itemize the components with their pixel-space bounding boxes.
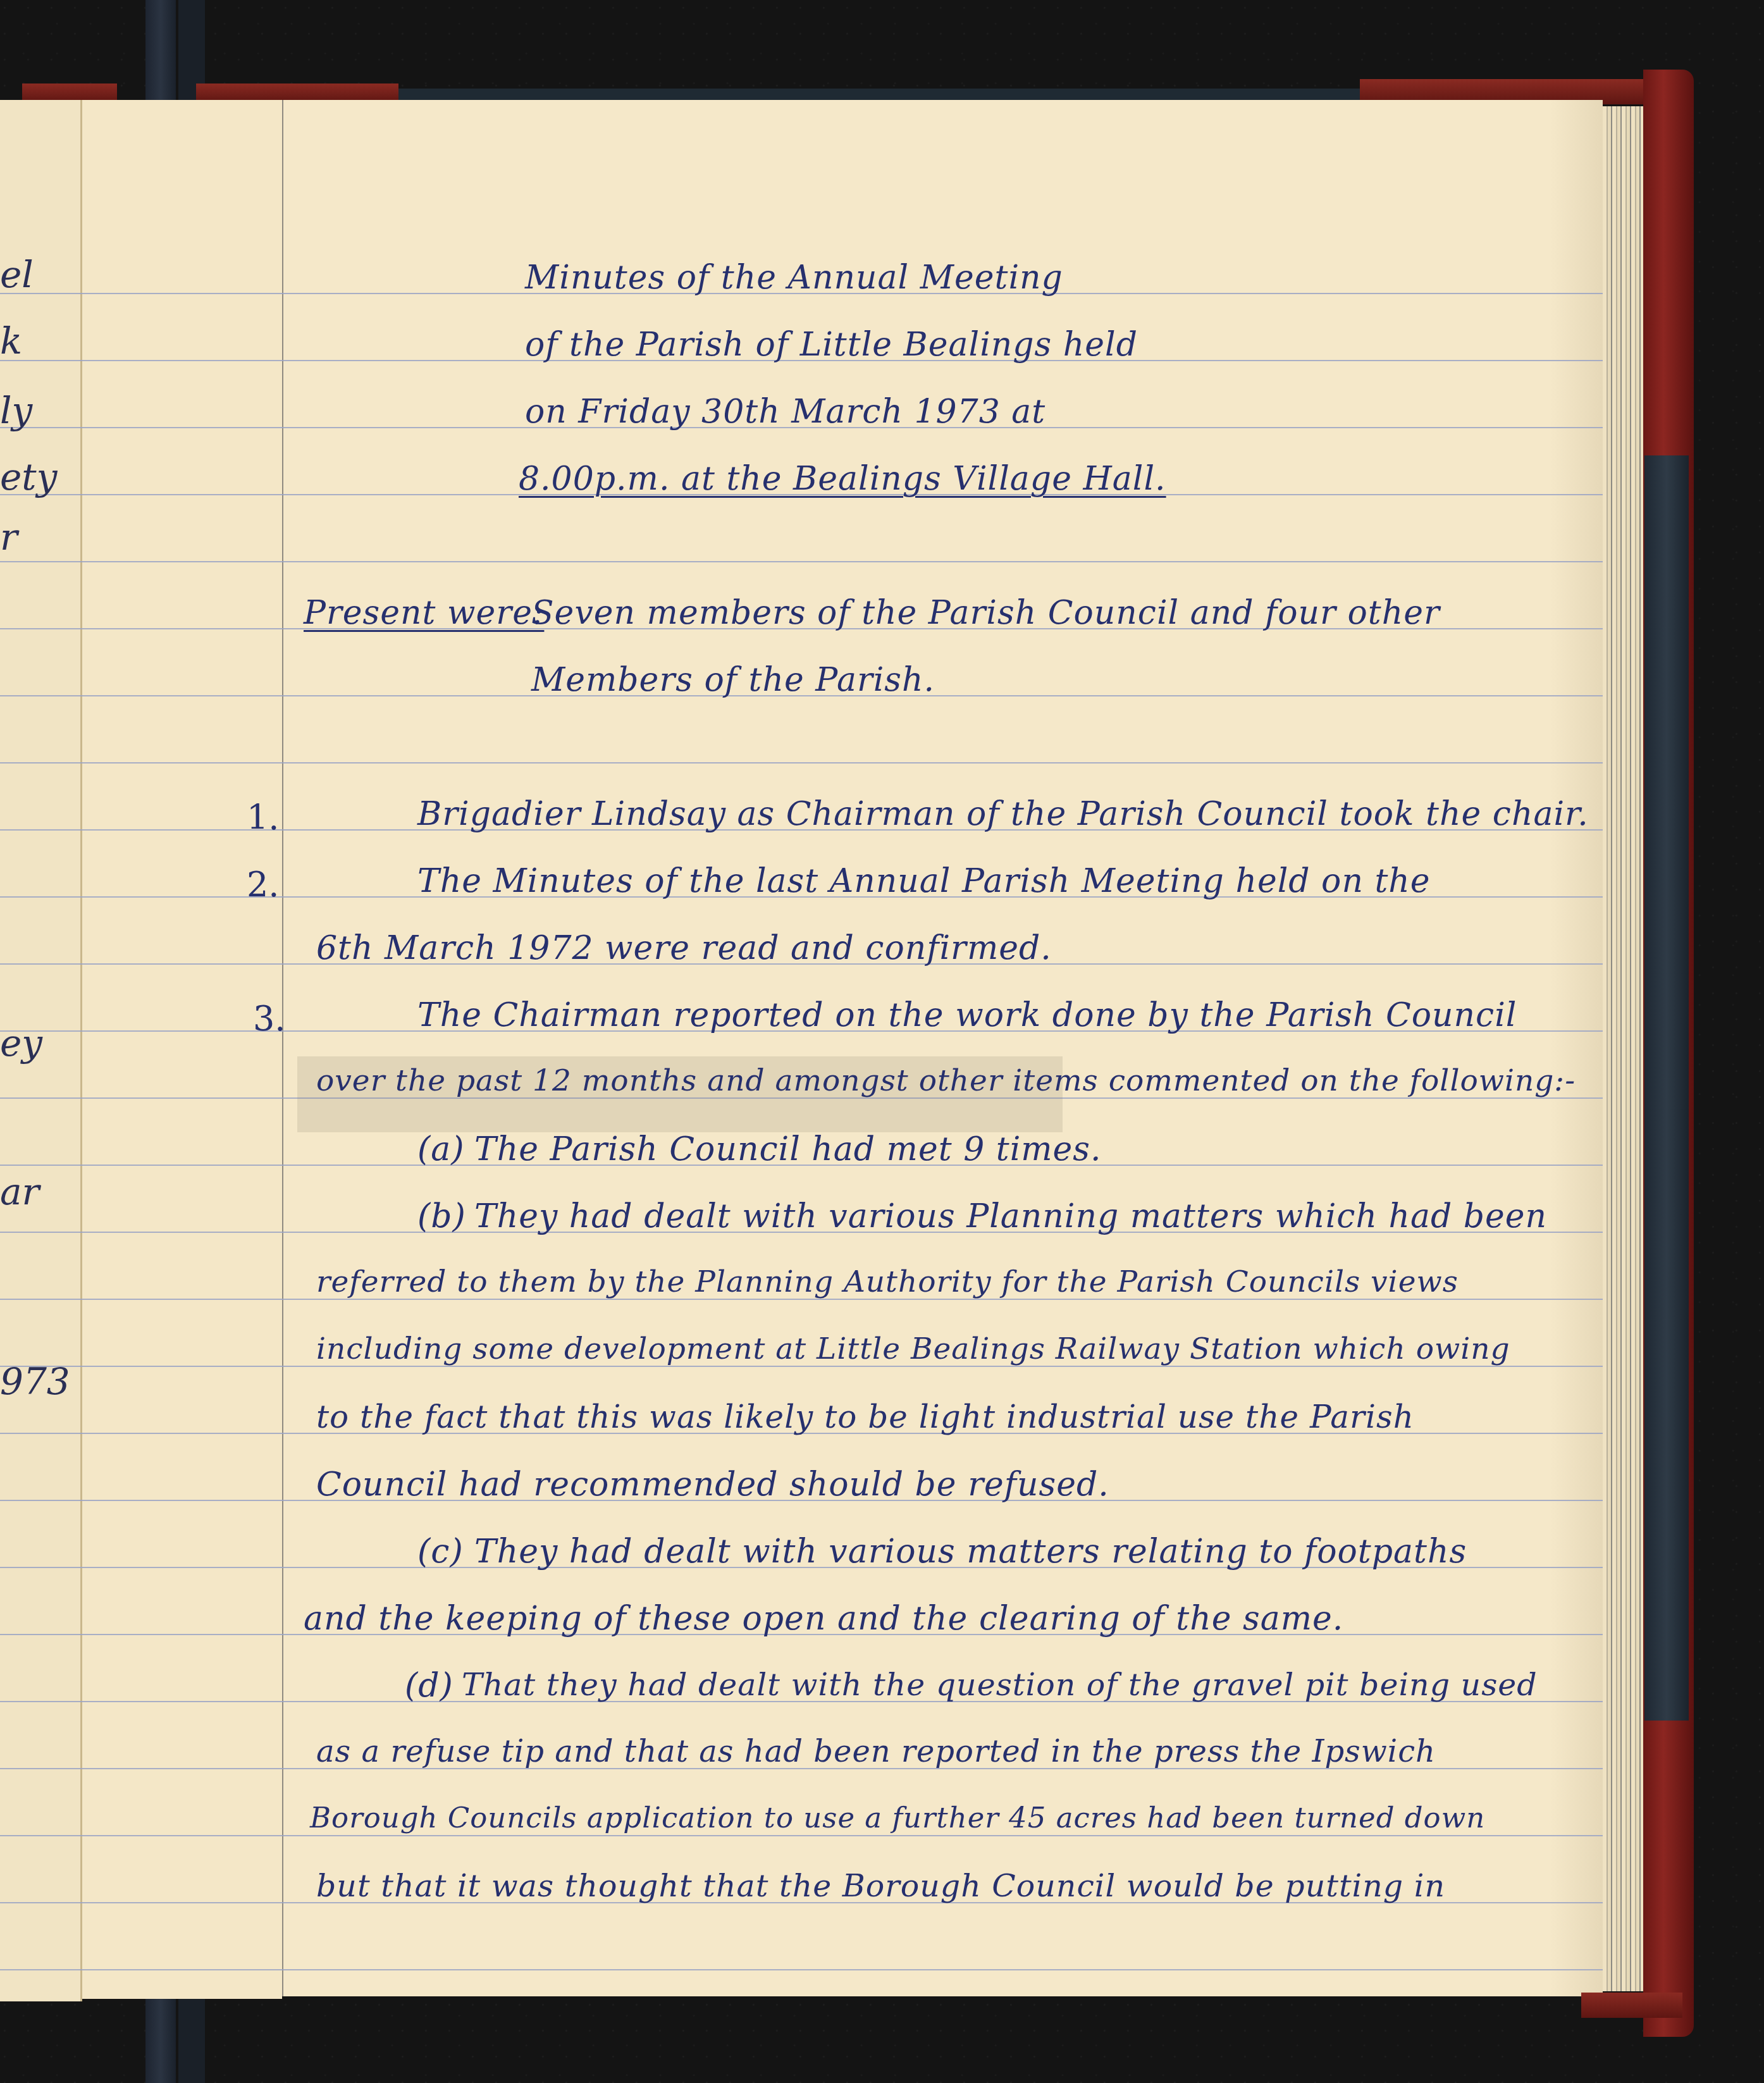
- left-page-fragment: el: [0, 253, 34, 296]
- item-3-line-2: over the past 12 months and amongst othe…: [316, 1066, 1576, 1096]
- bookmark-ribbon-2: [178, 1999, 205, 2083]
- left-page-fragment: ar: [0, 1170, 39, 1213]
- ruled-line: [0, 762, 1603, 763]
- item-1-line: Brigadier Lindsay as Chairman of the Par…: [417, 798, 1589, 831]
- subitem-b-line-5: Council had recommended should be refuse…: [316, 1468, 1109, 1501]
- left-page-fragment: k: [0, 319, 22, 362]
- ruled-line: [0, 1835, 1603, 1836]
- subitem-a-label: (a): [417, 1133, 465, 1166]
- right-page: [282, 100, 1603, 1996]
- left-page-fragment: r: [0, 516, 18, 559]
- subitem-d-line-3: Borough Councils application to use a fu…: [310, 1803, 1485, 1832]
- margin-rule: [282, 100, 283, 1996]
- subitem-d-line-2: as a refuse tip and that as had been rep…: [316, 1736, 1436, 1767]
- item-3-line-1: The Chairman reported on the work done b…: [417, 999, 1517, 1032]
- left-page-fragment: ety: [0, 455, 57, 498]
- bookmark-ribbon: [145, 1999, 176, 2083]
- subitem-b-line-3: including some development at Little Bea…: [316, 1334, 1510, 1364]
- item-2-line-2: 6th March 1972 were read and confirmed.: [316, 932, 1052, 965]
- title-line-4: 8.00p.m. at the Bealings Village Hall.: [519, 462, 1166, 495]
- title-line-1: Minutes of the Annual Meeting: [525, 261, 1063, 294]
- cover-dark-binding: [1644, 455, 1689, 1721]
- subitem-d-line-4: but that it was thought that the Borough…: [316, 1870, 1445, 1901]
- ruled-line: [0, 1969, 1603, 1970]
- present-line-2: Members of the Parish.: [531, 664, 935, 696]
- subitem-a-line: The Parish Council had met 9 times.: [474, 1133, 1102, 1166]
- subitem-c-line-1: They had dealt with various matters rela…: [474, 1535, 1467, 1568]
- subitem-d-label: (d): [405, 1669, 453, 1702]
- page-gutter: [80, 100, 82, 2001]
- bookmark-ribbon: [145, 0, 176, 101]
- subitem-b-line-4: to the fact that this was likely to be l…: [316, 1401, 1414, 1433]
- subitem-b-line-2: referred to them by the Planning Authori…: [316, 1267, 1459, 1297]
- present-line-1: Seven members of the Parish Council and …: [531, 596, 1440, 629]
- cover-frayed-edge: [1581, 1993, 1682, 2018]
- title-line-2: of the Parish of Little Bealings held: [525, 328, 1138, 361]
- left-page-fragment: 973: [0, 1360, 70, 1403]
- title-line-3: on Friday 30th March 1973 at: [525, 395, 1045, 428]
- ruled-line: [0, 561, 1603, 562]
- item-2-line-1: The Minutes of the last Annual Parish Me…: [417, 865, 1431, 898]
- left-page-inner-margin: [81, 100, 282, 1999]
- left-page-fragment: ey: [0, 1022, 42, 1065]
- item-number-2: 2.: [247, 865, 280, 905]
- item-number-3: 3.: [253, 999, 286, 1039]
- subitem-c-line-2: and the keeping of these open and the cl…: [304, 1602, 1343, 1635]
- page-stack-edge: [1603, 106, 1643, 1991]
- present-label: Present were:: [304, 596, 544, 629]
- left-page-fragment: ly: [0, 389, 32, 432]
- subitem-b-line-1: They had dealt with various Planning mat…: [474, 1200, 1547, 1233]
- subitem-b-label: (b): [417, 1200, 466, 1233]
- subitem-d-line-1: That they had dealt with the question of…: [462, 1669, 1538, 1700]
- subitem-c-label: (c): [417, 1535, 464, 1568]
- item-number-1: 1.: [247, 798, 280, 838]
